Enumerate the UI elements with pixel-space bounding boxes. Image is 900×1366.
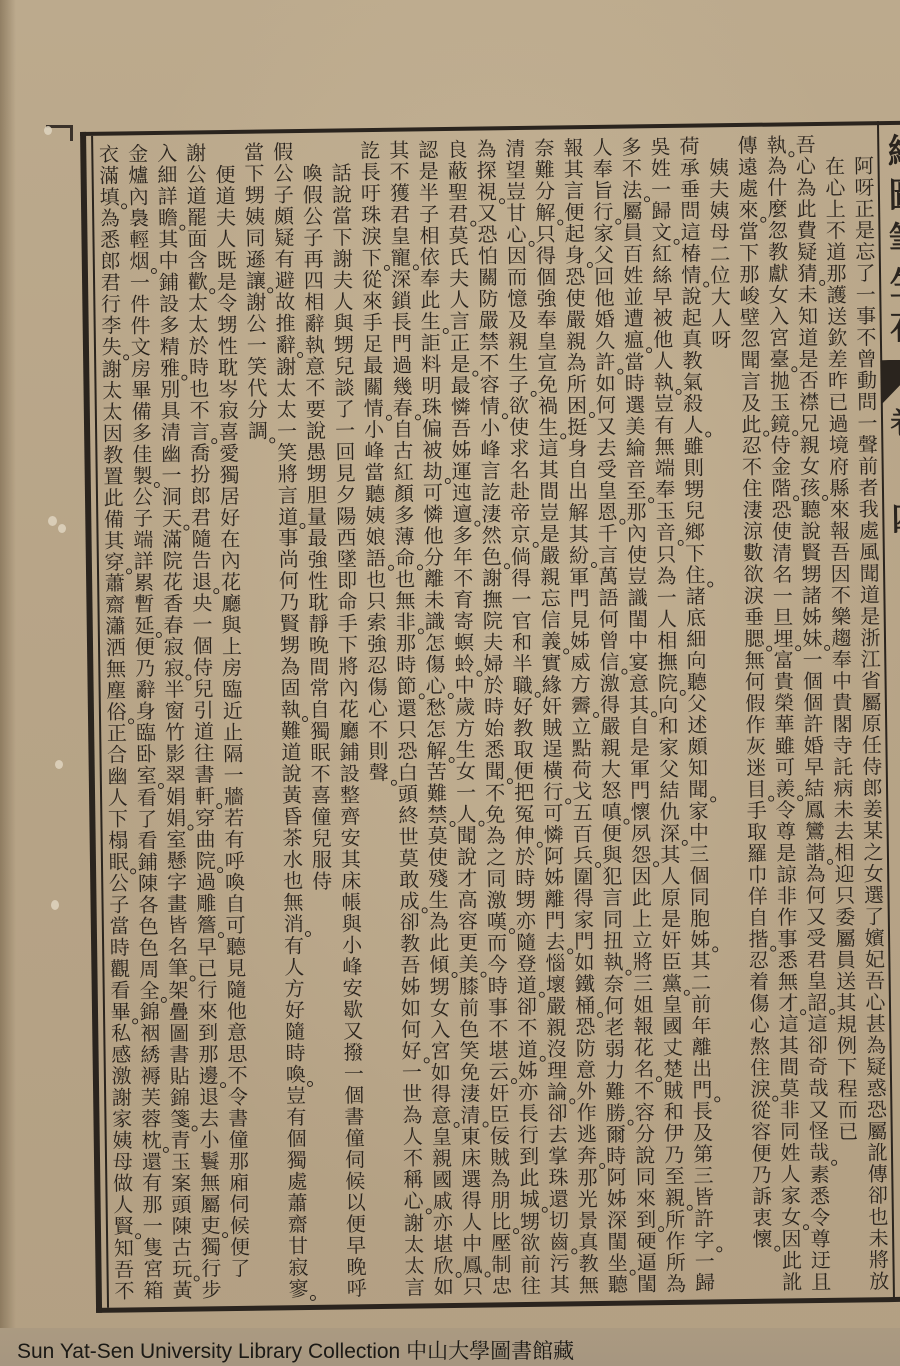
text-phrase: 私感激謝家姨母做人賢 <box>107 1023 134 1238</box>
text-phrase: 只得個強奉皇宣免禍生 <box>532 223 559 438</box>
text-phrase: 皇國丈楚賊和伊乃至親 <box>659 994 686 1209</box>
text-phrase: 荷承垂問這椿情 <box>676 136 702 286</box>
text-phrase: 圍得家門如鐵桶 <box>570 866 596 1016</box>
text-phrase: 污其 <box>546 1253 571 1296</box>
text-phrase: 其二前年離出門 <box>687 951 713 1101</box>
text-phrase: 獨行步 <box>197 1236 222 1301</box>
text-phrase: 有人方好隨時喚 <box>280 935 306 1085</box>
text-phrase: 還有那一隻宮箱 <box>138 1151 164 1301</box>
text-phrase: 蕭齋瀟洒無塵俗 <box>101 572 127 722</box>
text-phrase: 實緣奸賊逞橫行 <box>538 652 564 802</box>
text-phrase: 良蔽聖君 <box>444 139 469 225</box>
text-phrase: 便與犯言同扭執 <box>598 823 624 973</box>
footer-band: Sun Yat-Sen University Library Collectio… <box>0 1328 900 1366</box>
text-phrase: 從來手足最關情 <box>358 269 384 419</box>
text-phrase: 認是半子相依奉此生 <box>415 139 442 332</box>
text-phrase: 聽說賢甥諸姊妹 <box>797 499 823 649</box>
text-phrase: 其中鋪設多精雅 <box>155 228 181 378</box>
text-phrase: 事尚何乃賢甥為固執 <box>275 527 302 720</box>
text-phrase: 忍着傷心熬住淚 <box>745 950 771 1100</box>
text-phrase: 謝撫院夫婦於時始悉聞 <box>479 567 506 782</box>
text-phrase: 好教取便把冤伸 <box>509 696 535 846</box>
text-phrase: 早已行來到那邊 <box>193 936 219 1086</box>
text-phrase: 深鎖長門過幾春 <box>387 268 413 418</box>
text-phrase: 吾心為此費疑猜 <box>792 134 818 284</box>
text-phrase: 多不法 <box>618 136 643 201</box>
text-phrase: 可憐他分離未識怎傷心 <box>419 482 446 697</box>
text-phrase: 當下甥姨同遜讓 <box>241 141 267 291</box>
text-phrase: 卻教吾姊如何好 <box>396 912 422 1062</box>
text-phrase: 傳遠處來 <box>734 135 759 221</box>
text-phrase: 紅絲早被他人執 <box>648 243 674 393</box>
text-phrase: 公子端詳累暫延 <box>129 486 155 636</box>
text-phrase: 其人原是奸臣黨 <box>657 844 683 994</box>
text-phrase: 小峰當聽姨娘語 <box>360 419 386 569</box>
text-phrase: 謝太太因教置此備其穿 <box>98 358 125 573</box>
text-phrase: 聞說才高容更美 <box>453 825 479 975</box>
text-phrase: 如 <box>430 1276 454 1298</box>
text-phrase: 入細詳瞻 <box>153 143 178 229</box>
text-phrase: 富貴榮華雖可羨 <box>770 649 796 799</box>
text-phrase: 豈有個獨處蕭齋甘寂寥 <box>282 1085 309 1300</box>
text-phrase: 小峰言訖淒然色 <box>477 417 503 567</box>
text-phrase: 最憐吾姊運迍邅 <box>447 375 473 525</box>
text-phrase: 說起真教氣殺人 <box>678 286 704 436</box>
text-phrase: 過雕簷 <box>192 872 217 937</box>
text-phrase: 聽 <box>604 1274 628 1296</box>
text-phrase: 架疊圖書貼錦箋 <box>165 979 191 1129</box>
text-phrase: 為探視 <box>473 138 498 203</box>
text-phrase: 所作所為 <box>662 1208 687 1294</box>
text-phrase: 家中三個同胞姊 <box>685 800 711 950</box>
text-phrase: 卻去掌珠還切齒 <box>544 1103 570 1253</box>
text-phrase: 莫氏夫人言正是 <box>445 225 471 375</box>
text-phrase: 假公子頗疑有避故推辭 <box>270 141 297 356</box>
text-phrase: 多年不育寄螟蛉 <box>449 525 475 675</box>
text-phrase: 不容分說同來到 <box>631 1080 657 1230</box>
text-phrase: 當時選美綸音至 <box>621 351 647 501</box>
text-phrase: 一歸 <box>691 1251 716 1294</box>
text-phrase: 一件件文房畢備多佳製 <box>126 272 153 487</box>
text-phrase: 恐防意外作逃奔 <box>572 1017 598 1167</box>
text-phrase: 諸底細向聽父述頗知聞 <box>682 586 709 801</box>
text-phrase: 屬員百姓並遭瘟 <box>619 201 645 351</box>
text-column-22: 當下甥姨同遜讓謝公一笑代分調 <box>239 141 271 442</box>
text-phrase: 為何又受君皇詔 <box>802 863 828 1013</box>
text-phrase: 如何又去受皇恩 <box>592 373 618 523</box>
text-phrase: 壓制忠 <box>488 1232 513 1297</box>
text-phrase: 軍門見姊威方霽 <box>566 566 592 716</box>
text-phrase: 那內使豈識閨中宴意其 <box>623 501 650 716</box>
text-phrase: 千言萬語何曾信 <box>594 523 620 673</box>
text-phrase: 手取羅巾佯自揩 <box>743 800 769 950</box>
text-phrase: 正合幽人下榻眠 <box>103 723 129 873</box>
collection-caption: Sun Yat-Sen University Library Collectio… <box>17 1335 574 1365</box>
text-phrase: 而今時事不堪云 <box>484 932 510 1082</box>
text-phrase: 太太於時也不言 <box>185 292 211 442</box>
text-phrase: 半窗竹影翠娟娟 <box>161 679 187 829</box>
text-phrase: 穿曲院 <box>192 807 217 872</box>
text-phrase: 雖則甥兒鄉下住 <box>680 436 706 586</box>
text-phrase: 謝公道罷面含歡 <box>182 142 208 292</box>
text-phrase: 喬扮郎君隨告退 <box>187 443 213 593</box>
text-phrase: 向和家父結仇深 <box>655 694 681 844</box>
text-phrase: 未知道是否襟兄親女孩 <box>794 284 821 499</box>
text-phrase: 公子當時觀看畢 <box>105 873 131 1023</box>
text-phrase: 膝前色笑免淒清 <box>455 975 481 1125</box>
text-phrase: 看了看鋪陳各色色周全 <box>133 787 160 1002</box>
text-phrase: 青玉案頭陳古玩 <box>167 1129 193 1279</box>
text-phrase: 只 <box>459 1276 483 1298</box>
printed-page-block: 繪圖筆生花 卷 四 阿呀正是忘了一事不曾動問一聲前者我處風聞道是浙江省屬原任侍郎… <box>0 0 900 1366</box>
text-phrase: 清望豈甘心 <box>502 138 527 246</box>
text-phrase: 素悉令尊迂且 <box>806 1163 832 1292</box>
text-phrase: 人奉旨行 <box>589 137 614 223</box>
text-phrase: 愁怎解 <box>422 697 447 762</box>
text-phrase: 因此訛 <box>778 1228 803 1293</box>
text-phrase: 卻不道 <box>513 996 538 1061</box>
text-phrase: 挺身自出解其紛 <box>564 416 590 566</box>
text-phrase: 央一個侍兒引道往書軒 <box>189 593 216 808</box>
text-phrase: 惱壞嚴親沒理論 <box>542 953 568 1103</box>
text-phrase: 滿院花香春寂寂 <box>159 529 185 679</box>
text-phrase: 退去小鬟無屬吏 <box>195 1086 221 1236</box>
text-phrase: 訖長吁珠淚下 <box>357 140 383 269</box>
text-phrase: 又恐怕關防嚴禁不容情 <box>474 203 501 418</box>
text-phrase: 拋玉鏡 <box>766 370 791 435</box>
text-phrase: 還只恐白頭終世莫敢成 <box>393 697 420 912</box>
text-phrase: 立點荷戈五百兵 <box>568 716 594 866</box>
text-phrase: 室懸字畫皆名筆 <box>163 829 189 979</box>
volume-number: 四 <box>887 502 900 534</box>
text-phrase: 甥欲前往 <box>516 1210 541 1296</box>
text-phrase: 恐使嚴親為所困 <box>562 266 588 416</box>
text-phrase: 自古紅顏多薄命 <box>389 418 415 568</box>
text-phrase: 因而憶及親生子 <box>503 245 529 395</box>
text-phrase: 莫使殘生為此傾 <box>424 825 450 975</box>
text-phrase: 為悉郎君行李失 <box>96 208 122 358</box>
text-phrase: 其不獲君皇寵 <box>386 139 412 268</box>
text-phrase: 自是軍門懷夙怨 <box>626 715 652 865</box>
text-phrase: 那光景真教無 <box>574 1167 600 1296</box>
volume-label: 卷 <box>886 406 900 438</box>
text-phrase: 謝公一笑代分調 <box>243 292 269 442</box>
text-phrase: 知吾不 <box>110 1237 135 1302</box>
text-phrase: 姊亦長行到此城 <box>514 1060 540 1210</box>
book-title: 繪圖筆生花 <box>882 133 900 353</box>
text-phrase: 奈何老弱力難勝 <box>600 973 626 1123</box>
text-phrase: 從容便乃訴衷懷 <box>747 1100 773 1250</box>
text-phrase: 也只索強忍傷心不則聲 <box>363 569 390 784</box>
text-phrase: 便乃辭身臨卧室 <box>131 636 157 786</box>
text-phrase: 侍金階 <box>767 435 792 500</box>
text-phrase: 長及第三皆許字 <box>689 1101 715 1251</box>
text-phrase: 難道說黃昏茶水也無消 <box>277 720 304 935</box>
text-phrase: 這其間豈是嚴親忘信義 <box>535 438 562 653</box>
text-phrase: 別具清幽一洞天 <box>157 379 183 529</box>
text-phrase: 金爐內裊輕烟 <box>124 143 150 272</box>
text-phrase: 謝太太言 <box>400 1212 425 1298</box>
text-phrase: 也無非 <box>392 568 417 633</box>
text-phrase: 執 <box>763 134 787 156</box>
text-phrase: 欲使求名赴帝京 <box>505 395 531 545</box>
text-phrase: 錦裀綉褥芙蓉枕 <box>136 1001 162 1151</box>
text-phrase: 恐使清名一旦埋 <box>768 499 794 649</box>
text-phrase: 吳姓一歸文 <box>647 136 672 244</box>
text-phrase: 為什麼忽教獻女入宮臺 <box>763 156 790 371</box>
text-phrase: 謝太太一笑將言道 <box>272 356 298 528</box>
text-phrase: 報其言便起身 <box>560 137 586 266</box>
text-phrase: 豈有無端奉玉音 <box>650 393 676 543</box>
text-phrase: 皇親國戚亦堪欣 <box>428 1126 454 1276</box>
text-phrase: 爾時阿姊深閨坐 <box>602 1123 628 1273</box>
text-phrase: 苦難禁 <box>423 761 448 826</box>
text-phrase: 硬逼閨 <box>633 1230 658 1295</box>
text-phrase: 家父回他婚久許 <box>590 223 616 373</box>
text-phrase: 甥女入宮如得意 <box>426 976 452 1126</box>
text-phrase: 姨夫姨母二位大人呀 <box>705 157 732 350</box>
text-phrase: 因此上立將三姐報花名 <box>628 866 655 1081</box>
text-phrase: 可憐阿姊離門去 <box>540 802 566 952</box>
text-phrase: 忍不住淒涼數欲淚垂腮 <box>738 435 765 650</box>
text-phrase: 於時甥亦隨登道 <box>511 846 537 996</box>
text-phrase: 當下那峻壁忽聞言及此 <box>735 221 762 436</box>
text-phrase: 不免為之同激嘆 <box>482 782 508 932</box>
text-phrase: 這其間莫非同姓人家女 <box>775 1014 802 1229</box>
text-phrase: 中歲方生女一人 <box>451 675 477 825</box>
text-phrase: 一個個許婚早結鳳鸞諧 <box>799 649 826 864</box>
text-phrase: 東床選得人中鳳 <box>457 1125 483 1275</box>
text-phrase: 一世為人不稱心 <box>398 1062 424 1212</box>
text-phrase: 令尊是諒非作事悉無才 <box>772 799 799 1014</box>
text-phrase: 黃 <box>169 1279 193 1301</box>
text-phrase: 詎料明珠偏被劫 <box>417 332 443 482</box>
text-phrase: 衣滿填 <box>95 143 120 208</box>
text-phrase: 這卻奇哉又怪哉 <box>804 1013 830 1163</box>
text-phrase: 那時節 <box>392 633 417 698</box>
text-phrase: 激得嚴親大怒嗔 <box>596 673 622 823</box>
text-phrase: 只為一人相撫院 <box>652 543 678 693</box>
text-column-6: 姨夫姨母二位大人呀 <box>703 157 734 350</box>
text-phrase: 無何假作灰迷目 <box>741 650 767 800</box>
text-phrase: 奈難分解 <box>531 138 556 224</box>
text-phrase: 倘得一官和半職 <box>507 545 533 695</box>
text-phrase: 奸臣佞賊為朋比 <box>486 1082 512 1232</box>
